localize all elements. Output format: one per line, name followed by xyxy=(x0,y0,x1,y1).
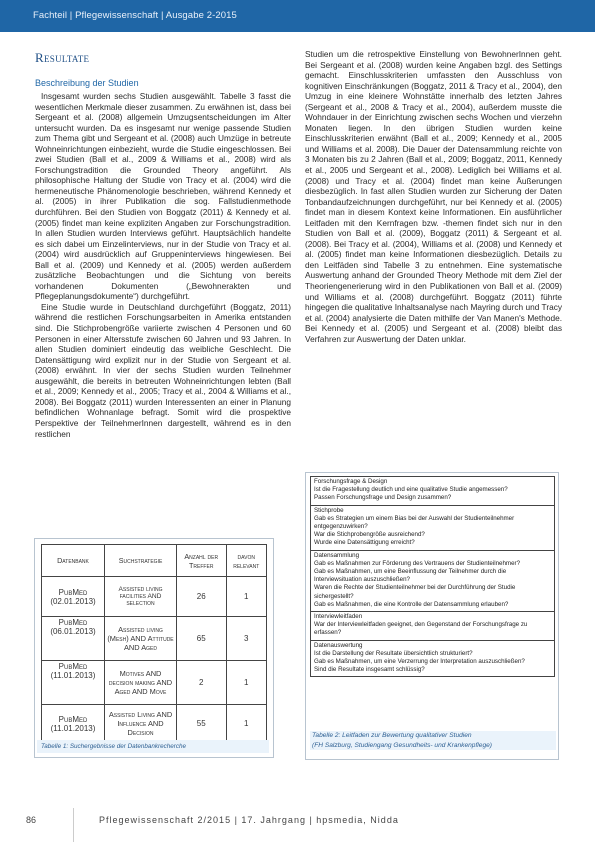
footer-divider xyxy=(73,808,74,842)
guide-section-title: Stichprobe xyxy=(314,507,551,515)
cell-strategy: Assisted Living AND Influence AND Decisi… xyxy=(105,705,177,743)
appraisal-guide-table: Forschungsfrage & Design Ist die Fragest… xyxy=(310,476,555,677)
cell-database: PubMed (06.01.2013) xyxy=(42,617,105,661)
guide-question: Sind die Resultate insgesamt schlüssig? xyxy=(314,666,551,674)
guide-question: Gab es Maßnahmen, die eine Kontrolle der… xyxy=(314,601,551,609)
cell-hits: 55 xyxy=(177,705,227,743)
table-row: PubMed (02.01.2013) Assisted living faci… xyxy=(42,577,267,617)
cell-strategy: Assisted living facilities AND selection xyxy=(105,577,177,617)
guide-question: Gab es Strategien um einem Bias bei der … xyxy=(314,515,551,531)
guide-question: War die Stichprobengröße ausreichend? xyxy=(314,531,551,539)
guide-question: Gab es Maßnahmen zur Förderung des Vertr… xyxy=(314,560,551,568)
caption-line: (FH Salzburg, Studiengang Gesundheits- u… xyxy=(312,741,556,751)
guide-question: Wurde eine Datensättigung erreicht? xyxy=(314,539,551,547)
cell-database: PubMed (11.01.2013) xyxy=(42,705,105,743)
subsection-title: Beschreibung der Studien xyxy=(35,78,139,88)
guide-question: War der Interviewleitfaden geeignet, den… xyxy=(314,621,551,637)
table-row: PubMed (06.01.2013) Assisted living (Mes… xyxy=(42,617,267,661)
paragraph: Eine Studie wurde in Deutschland durchge… xyxy=(35,302,291,439)
cell-hits: 26 xyxy=(177,577,227,617)
running-title: Fachteil | Pflegewissenschaft | Ausgabe … xyxy=(33,10,237,21)
cell-relevant: 1 xyxy=(226,577,267,617)
header-cell: davon relevant xyxy=(226,545,267,577)
right-column: Studien um die retrospektive Einstellung… xyxy=(305,49,562,344)
table-2-caption: Tabelle 2: Leitfaden zur Bewertung quali… xyxy=(310,731,556,750)
section-title: Resultate xyxy=(35,50,89,66)
cell-hits: 65 xyxy=(177,617,227,661)
guide-question: Ist die Fragestellung deutlich und eine … xyxy=(314,486,551,494)
page-number: 86 xyxy=(26,815,36,825)
caption-line: Tabelle 2: Leitfaden zur Bewertung quali… xyxy=(312,731,556,741)
cell-strategy: Assisted living (Mesh) AND Attitude AND … xyxy=(105,617,177,661)
cell-database: PubMed (02.01.2013) xyxy=(42,577,105,617)
table-header-row: Datenbank Suchstrategie Anzahl der Treff… xyxy=(42,545,267,577)
guide-section-title: Datenauswertung xyxy=(314,642,551,650)
left-column: Insgesamt wurden sechs Studien ausgewähl… xyxy=(35,91,291,439)
header-cell: Suchstrategie xyxy=(105,545,177,577)
table-row: PubMed (11.01.2013) Motives AND decision… xyxy=(42,661,267,705)
table-1-caption: Tabelle 1: Suchergebnisse der Datenbankr… xyxy=(37,740,269,753)
header-cell: Anzahl der Treffer xyxy=(177,545,227,577)
footer-publication-info: Pflegewissenschaft 2/2015 | 17. Jahrgang… xyxy=(99,815,399,825)
guide-section: Interviewleitfaden War der Interviewleit… xyxy=(311,612,554,641)
search-results-table: Datenbank Suchstrategie Anzahl der Treff… xyxy=(41,544,267,743)
cell-relevant: 1 xyxy=(226,705,267,743)
guide-question: Passen Forschungsfrage und Design zusamm… xyxy=(314,494,551,502)
cell-hits: 2 xyxy=(177,661,227,705)
guide-question: Gab es Maßnahmen, um eine Verzerrung der… xyxy=(314,658,551,666)
guide-section: Datensammlung Gab es Maßnahmen zur Förde… xyxy=(311,551,554,612)
guide-section-title: Interviewleitfaden xyxy=(314,613,551,621)
guide-section-title: Forschungsfrage & Design xyxy=(314,478,551,486)
cell-relevant: 1 xyxy=(226,661,267,705)
cell-relevant: 3 xyxy=(226,617,267,661)
guide-section-title: Datensammlung xyxy=(314,552,551,560)
table-2-box: Forschungsfrage & Design Ist die Fragest… xyxy=(305,472,559,760)
guide-question: Gab es Maßnahmen, um eine Beeinflussung … xyxy=(314,568,551,584)
guide-question: Waren die Rechte der Studienteilnehmer b… xyxy=(314,584,551,600)
guide-section: Stichprobe Gab es Strategien um einem Bi… xyxy=(311,506,554,551)
paragraph: Insgesamt wurden sechs Studien ausgewähl… xyxy=(35,91,291,302)
table-1-box: Datenbank Suchstrategie Anzahl der Treff… xyxy=(34,538,274,758)
paragraph: Studien um die retrospektive Einstellung… xyxy=(305,49,562,344)
running-header: Fachteil | Pflegewissenschaft | Ausgabe … xyxy=(0,0,595,32)
cell-strategy: Motives AND decision making AND Aged AND… xyxy=(105,661,177,705)
guide-section: Datenauswertung Ist die Darstellung der … xyxy=(311,641,554,677)
cell-database: PubMed (11.01.2013) xyxy=(42,661,105,705)
table-row: PubMed (11.01.2013) Assisted Living AND … xyxy=(42,705,267,743)
guide-question: Ist die Darstellung der Resultate übersi… xyxy=(314,650,551,658)
header-cell: Datenbank xyxy=(42,545,105,577)
guide-section: Forschungsfrage & Design Ist die Fragest… xyxy=(311,477,554,506)
